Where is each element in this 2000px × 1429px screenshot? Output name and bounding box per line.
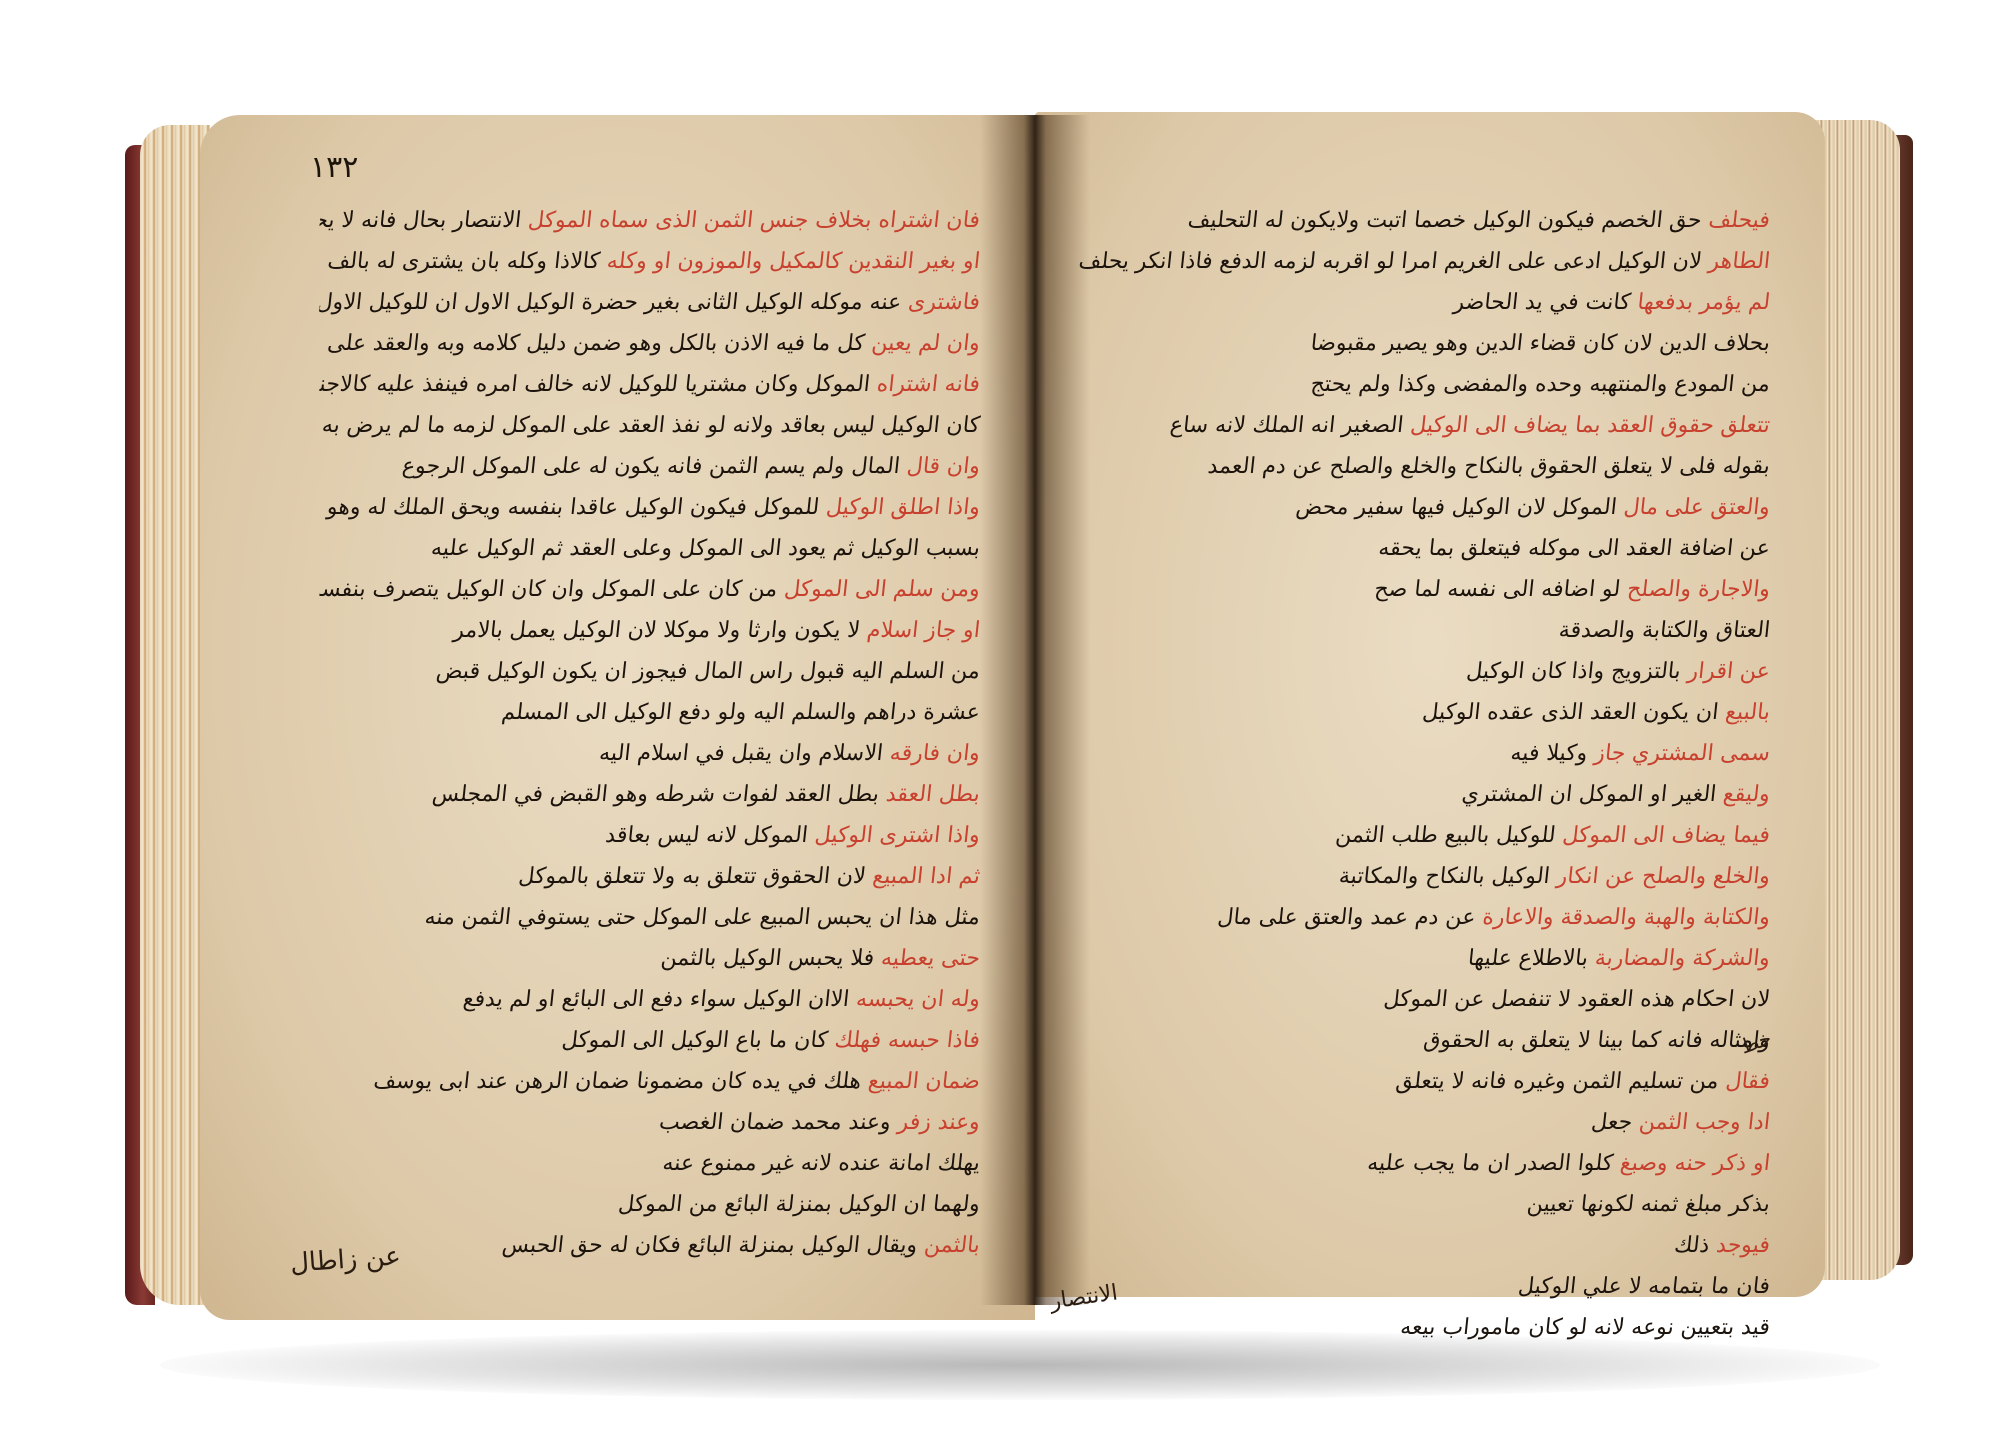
text-line: فيما يضاف الى الموكل للوكيل بالبيع طلب ا… <box>1078 815 1772 856</box>
body-text: الاسلام وان يقبل في اسلام اليه <box>598 741 884 766</box>
body-text: بالاطلاع عليها <box>1467 946 1590 971</box>
folio-number: ١٣٢ <box>310 150 358 185</box>
rubric-text: فيوجد <box>1715 1233 1771 1258</box>
text-line: وعند زفر وعند محمد ضمان الغصب <box>318 1102 982 1143</box>
rubric-text: واذا اشترى الوكيل <box>814 823 982 848</box>
text-line: فاشترى عنه موكله الوكيل الثانى بغير حضرة… <box>318 282 982 323</box>
body-text: الانتصار بحال فانه لا يحل واما الماموربا… <box>318 208 523 233</box>
body-text: العتاق والكتابة والصدقة <box>1558 618 1772 643</box>
rubric-text: سمى المشتري جاز <box>1593 741 1771 766</box>
rubric-text: الطاهر <box>1707 249 1771 274</box>
body-text: الوكيل بالنكاح والمكاتبة <box>1338 864 1551 889</box>
rubric-text: وان قال <box>906 454 982 479</box>
text-line: ادا وجب الثمن جعل <box>1078 1102 1772 1143</box>
body-text: للوكيل بالبيع طلب الثمن <box>1334 823 1557 848</box>
body-text: بالتزويج واذا كان الوكيل <box>1465 659 1682 684</box>
rubric-text: ضمان المبيع <box>867 1069 981 1094</box>
body-text: لان احكام هذه العقود لا تنفصل عن الموكل <box>1382 987 1771 1012</box>
text-line: تتعلق حقوق العقد بما يضاف الى الوكيل الص… <box>1078 405 1772 446</box>
rubric-text: وله ان يحبسه <box>855 987 981 1012</box>
text-line: او ذكر حنه وصبغ كلوا الصدر ان ما يجب علي… <box>1078 1143 1772 1184</box>
rubric-text: وان فارقه <box>889 741 982 766</box>
body-text: ولهما ان الوكيل بمنزلة البائع من الموكل <box>617 1192 981 1217</box>
body-text: الموكل لان الوكيل فيها سفير محض <box>1294 495 1618 520</box>
body-text: عن اضافة العقد الى موكله فيتعلق بما يحقه <box>1377 536 1771 561</box>
text-line: حتى يعطيه فلا يحبس الوكيل بالثمن <box>318 938 982 979</box>
text-line: فقال من تسليم الثمن وغيره فانه لا يتعلق <box>1078 1061 1772 1102</box>
rubric-text: عن اقرار <box>1686 659 1771 684</box>
text-line: فيوجد ذلك <box>1078 1225 1772 1266</box>
rubric-text: فانه اشتراه <box>876 372 982 397</box>
gutter-spine <box>980 115 1090 1305</box>
body-text: فلا يحبس الوكيل بالثمن <box>660 946 876 971</box>
rubric-text: وعند زفر <box>896 1110 981 1135</box>
body-text: كل ما فيه الاذن بالكل وهو ضمن دليل كلامه… <box>318 331 866 356</box>
body-text: وامثاله فانه كما بينا لا يتعلق به الحقوق <box>1422 1028 1771 1053</box>
text-line: عن اقرار بالتزويج واذا كان الوكيل <box>1078 651 1772 692</box>
body-text: بطل العقد لفوات شرطه وهو القبض في المجلس <box>431 782 880 807</box>
body-text: لان الوكيل ادعى على الغريم امرا لو اقربه… <box>1078 249 1703 274</box>
text-line: والخلع والصلح عن انكار الوكيل بالنكاح وا… <box>1078 856 1772 897</box>
body-text: ان يكون العقد الذى عقده الوكيل <box>1421 700 1720 725</box>
text-line: بالبيع ان يكون العقد الذى عقده الوكيل <box>1078 692 1772 733</box>
body-text: الغير او الموكل ان المشتري <box>1460 782 1717 807</box>
text-line: العتاق والكتابة والصدقة <box>1078 610 1772 651</box>
rubric-text: بطل العقد <box>885 782 982 807</box>
text-line: او جاز اسلام لا يكون وارثا ولا موكلا لان… <box>318 610 982 651</box>
text-line: وله ان يحبسه الاان الوكيل سواء دفع الى ا… <box>318 979 982 1020</box>
text-line: مثل هذا ان يحبس المبيع على الموكل حتى يس… <box>318 897 982 938</box>
rubric-text: ومن سلم الى الموكل <box>783 577 981 602</box>
body-text: ويقال الوكيل بمنزلة البائع فكان له حق ال… <box>501 1233 919 1258</box>
rubric-text: والاجارة والصلح <box>1626 577 1771 602</box>
rubric-text: بالبيع <box>1724 700 1771 725</box>
body-text: عشرة دراهم والسلم اليه ولو دفع الوكيل ال… <box>500 700 981 725</box>
text-line: وامثاله فانه كما بينا لا يتعلق به الحقوق <box>1078 1020 1772 1061</box>
rubric-text: او ذكر حنه وصبغ <box>1619 1151 1771 1176</box>
body-text: الصغير انه الملك لانه ساع <box>1169 413 1405 438</box>
body-text: لان الحقوق تتعلق به ولا تتعلق بالموكل <box>517 864 867 889</box>
body-text: كان الوكيل ليس بعاقد ولانه لو نفذ العقد … <box>321 413 982 438</box>
body-text: بحلاف الدين لان كان قضاء الدين وهو يصير … <box>1309 331 1771 356</box>
rubric-text: فاذا حبسه فهلك <box>833 1028 981 1053</box>
text-line: وليقع الغير او الموكل ان المشتري <box>1078 774 1772 815</box>
text-line: عن اضافة العقد الى موكله فيتعلق بما يحقه <box>1078 528 1772 569</box>
rubric-text: ادا وجب الثمن <box>1638 1110 1771 1135</box>
body-text: بذكر مبلغ ثمنه لكونها تعيين <box>1526 1192 1772 1217</box>
rubric-text: فان اشتراه بخلاف جنس الثمن الذى سماه الم… <box>527 208 981 233</box>
body-text: قيد بتعيين نوعه لانه لو كان ماموراب بيعه <box>1399 1315 1771 1340</box>
text-line: بذكر مبلغ ثمنه لكونها تعيين <box>1078 1184 1772 1225</box>
text-line: فيحلف حق الخصم فيكون الوكيل خصما اتبت ول… <box>1078 200 1772 241</box>
body-text: الموكل لانه ليس بعاقد <box>604 823 809 848</box>
body-text: بسبب الوكيل ثم يعود الى الموكل وعلى العق… <box>430 536 981 561</box>
body-text: المال ولم يسم الثمن فانه يكون له على الم… <box>401 454 901 479</box>
text-line: من المودع والمنتهبه وحده والمفضى وكذا ول… <box>1078 364 1772 405</box>
rubric-text: ثم ادا المبيع <box>871 864 981 889</box>
rubric-text: فيما يضاف الى الموكل <box>1561 823 1771 848</box>
body-text: من تسليم الثمن وغيره فانه لا يتعلق <box>1394 1069 1719 1094</box>
text-line: الطاهر لان الوكيل ادعى على الغريم امرا ل… <box>1078 241 1772 282</box>
rubric-text: او بغير النقدين كالمكيل والموزون او وكله <box>606 249 982 274</box>
body-text: ذلك <box>1673 1233 1711 1258</box>
text-line: لم يؤمر بدفعها كانت في يد الحاضر <box>1078 282 1772 323</box>
text-line: والعتق على مال الموكل لان الوكيل فيها سف… <box>1078 487 1772 528</box>
body-text: من المودع والمنتهبه وحده والمفضى وكذا ول… <box>1309 372 1771 397</box>
text-line: بقوله فلى لا يتعلق الحقوق بالنكاح والخلع… <box>1078 446 1772 487</box>
text-line: كان الوكيل ليس بعاقد ولانه لو نفذ العقد … <box>318 405 982 446</box>
body-text: عن دم عمد والعتق على مال <box>1216 905 1477 930</box>
rubric-text: فيحلف <box>1707 208 1771 233</box>
text-line: وان لم يعين كل ما فيه الاذن بالكل وهو ضم… <box>318 323 982 364</box>
body-text: كان ما باع الوكيل الى الموكل <box>561 1028 830 1053</box>
body-text: وكيلا فيه <box>1509 741 1588 766</box>
text-line: او بغير النقدين كالمكيل والموزون او وكله… <box>318 241 982 282</box>
rubric-text: والكتابة والهبة والصدقة والاعارة <box>1481 905 1771 930</box>
rubric-text: والخلع والصلح عن انكار <box>1555 864 1771 889</box>
rubric-text: او جاز اسلام <box>866 618 982 643</box>
text-line: عشرة دراهم والسلم اليه ولو دفع الوكيل ال… <box>318 692 982 733</box>
text-line: والكتابة والهبة والصدقة والاعارة عن دم ع… <box>1078 897 1772 938</box>
text-line: بحلاف الدين لان كان قضاء الدين وهو يصير … <box>1078 323 1772 364</box>
text-line: واذا اطلق الوكيل للموكل فيكون الوكيل عاق… <box>318 487 982 528</box>
body-text: وعند محمد ضمان الغصب <box>658 1110 892 1135</box>
rubric-text: حتى يعطيه <box>880 946 981 971</box>
body-text: عنه موكله الوكيل الثانى بغير حضرة الوكيل… <box>318 290 903 315</box>
body-text: فان ما بتمامه لا علي الوكيل <box>1517 1274 1771 1299</box>
rubric-text: بالثمن <box>923 1233 981 1258</box>
body-text: من كان على الموكل وان كان الوكيل يتصرف ب… <box>318 577 779 602</box>
right-text-block: فيحلف حق الخصم فيكون الوكيل خصما اتبت ول… <box>1080 200 1770 1220</box>
page-edges-right <box>1815 120 1900 1280</box>
body-text: جعل <box>1590 1110 1634 1135</box>
text-line: فان اشتراه بخلاف جنس الثمن الذى سماه الم… <box>318 200 982 241</box>
text-line: وان فارقه الاسلام وان يقبل في اسلام اليه <box>318 733 982 774</box>
text-line: والاجارة والصلح لو اضافه الى نفسه لما صح <box>1078 569 1772 610</box>
text-line: بسبب الوكيل ثم يعود الى الموكل وعلى العق… <box>318 528 982 569</box>
body-text: حق الخصم فيكون الوكيل خصما اتبت ولايكون … <box>1186 208 1702 233</box>
text-line: ضمان المبيع هلك في يده كان مضمونا ضمان ا… <box>318 1061 982 1102</box>
body-text: بقوله فلى لا يتعلق الحقوق بالنكاح والخلع… <box>1207 454 1772 479</box>
text-line: فاذا حبسه فهلك كان ما باع الوكيل الى الم… <box>318 1020 982 1061</box>
text-line: لان احكام هذه العقود لا تنفصل عن الموكل <box>1078 979 1772 1020</box>
rubric-text: وليقع <box>1722 782 1771 807</box>
body-text: كانت في يد الحاضر <box>1452 290 1632 315</box>
body-text: لا يكون وارثا ولا موكلا لان الوكيل يعمل … <box>452 618 861 643</box>
text-line: فانه اشتراه الموكل وكان مشتريا للوكيل لا… <box>318 364 982 405</box>
rubric-text: تتعلق حقوق العقد بما يضاف الى الوكيل <box>1409 413 1771 438</box>
text-line: والشركة والمضاربة بالاطلاع عليها <box>1078 938 1772 979</box>
body-text: للموكل فيكون الوكيل عاقدا بنفسه ويحق الم… <box>318 495 821 520</box>
text-line: سمى المشتري جاز وكيلا فيه <box>1078 733 1772 774</box>
text-line: من السلم اليه قبول راس المال فيجوز ان يك… <box>318 651 982 692</box>
text-line: بالثمن ويقال الوكيل بمنزلة البائع فكان ل… <box>318 1225 982 1266</box>
body-text: كلوا الصدر ان ما يجب عليه <box>1366 1151 1614 1176</box>
text-line: ولهما ان الوكيل بمنزلة البائع من الموكل <box>318 1184 982 1225</box>
text-line: قيد بتعيين نوعه لانه لو كان ماموراب بيعه <box>1078 1307 1772 1348</box>
body-text: مثل هذا ان يحبس المبيع على الموكل حتى يس… <box>423 905 981 930</box>
text-line: فان ما بتمامه لا علي الوكيل <box>1078 1266 1772 1307</box>
rubric-text: وان لم يعين <box>870 331 981 356</box>
body-text: لو اضافه الى نفسه لما صح <box>1373 577 1621 602</box>
body-text: هلك في يده كان مضمونا ضمان الرهن عند ابى… <box>372 1069 862 1094</box>
rubric-text: والشركة والمضاربة <box>1594 946 1772 971</box>
rubric-text: فاشترى <box>907 290 981 315</box>
body-text: الاان الوكيل سواء دفع الى البائع او لم ي… <box>462 987 851 1012</box>
text-line: ثم ادا المبيع لان الحقوق تتعلق به ولا تت… <box>318 856 982 897</box>
body-text: من السلم اليه قبول راس المال فيجوز ان يك… <box>435 659 982 684</box>
body-text: الموكل وكان مشتريا للوكيل لانه خالف امره… <box>318 372 871 397</box>
rubric-text: فقال <box>1724 1069 1771 1094</box>
body-text: كالاذا وكله بان يشترى له بالف درهم فاشتر… <box>318 249 601 274</box>
rubric-text: واذا اطلق الوكيل <box>825 495 981 520</box>
text-line: ومن سلم الى الموكل من كان على الموكل وان… <box>318 569 982 610</box>
text-line: وان قال المال ولم يسم الثمن فانه يكون له… <box>318 446 982 487</box>
rubric-text: والعتق على مال <box>1622 495 1771 520</box>
text-line: واذا اشترى الوكيل الموكل لانه ليس بعاقد <box>318 815 982 856</box>
rubric-text: لم يؤمر بدفعها <box>1636 290 1771 315</box>
body-text: يهلك امانة عنده لانه غير ممنوع عنه <box>661 1151 981 1176</box>
text-line: بطل العقد بطل العقد لفوات شرطه وهو القبض… <box>318 774 982 815</box>
left-text-block: فان اشتراه بخلاف جنس الثمن الذى سماه الم… <box>320 200 980 1200</box>
text-line: يهلك امانة عنده لانه غير ممنوع عنه <box>318 1143 982 1184</box>
